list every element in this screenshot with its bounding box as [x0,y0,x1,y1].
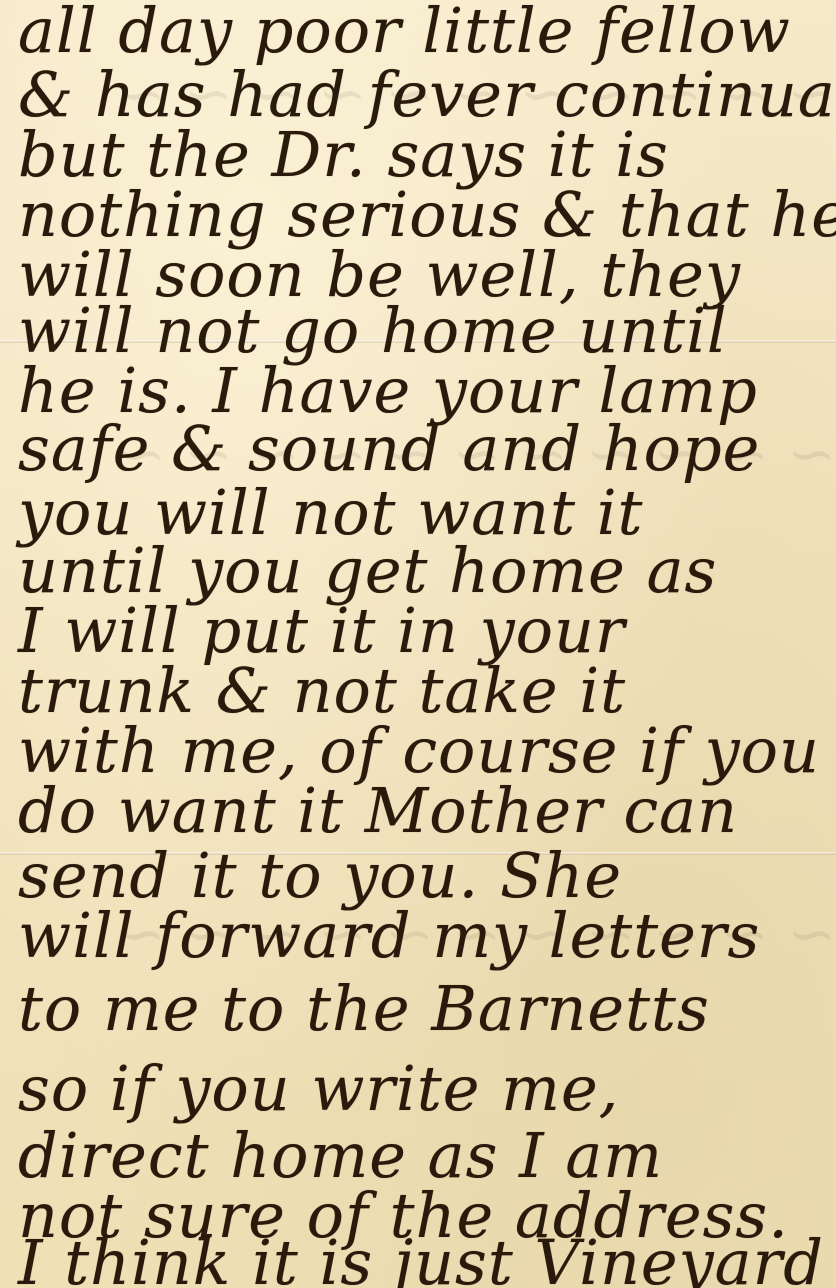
handwritten-line: but the Dr. says it is [18,124,826,186]
handwritten-line: until you get home as [18,540,826,602]
handwritten-line: nothing serious & that he [18,184,826,246]
handwritten-line: so if you write me, [18,1058,826,1120]
handwritten-line: I will put it in your [18,600,826,662]
handwritten-line: with me, of course if you [18,720,826,782]
handwritten-line: do want it Mother can [18,780,826,842]
handwritten-line: I think it is just Vineyard [18,1232,826,1288]
handwritten-line: to me to the Barnetts [18,978,826,1040]
handwritten-line: send it to you. She [18,845,826,907]
handwritten-line: direct home as I am [18,1125,826,1187]
handwritten-line: trunk & not take it [18,660,826,722]
handwritten-line: will forward my letters [18,905,826,967]
handwritten-line: & has had fever continually [18,64,826,126]
handwritten-line: safe & sound and hope [18,418,826,480]
handwritten-line: all day poor little fellow [18,0,826,62]
handwritten-line: will not go home until [18,300,826,362]
